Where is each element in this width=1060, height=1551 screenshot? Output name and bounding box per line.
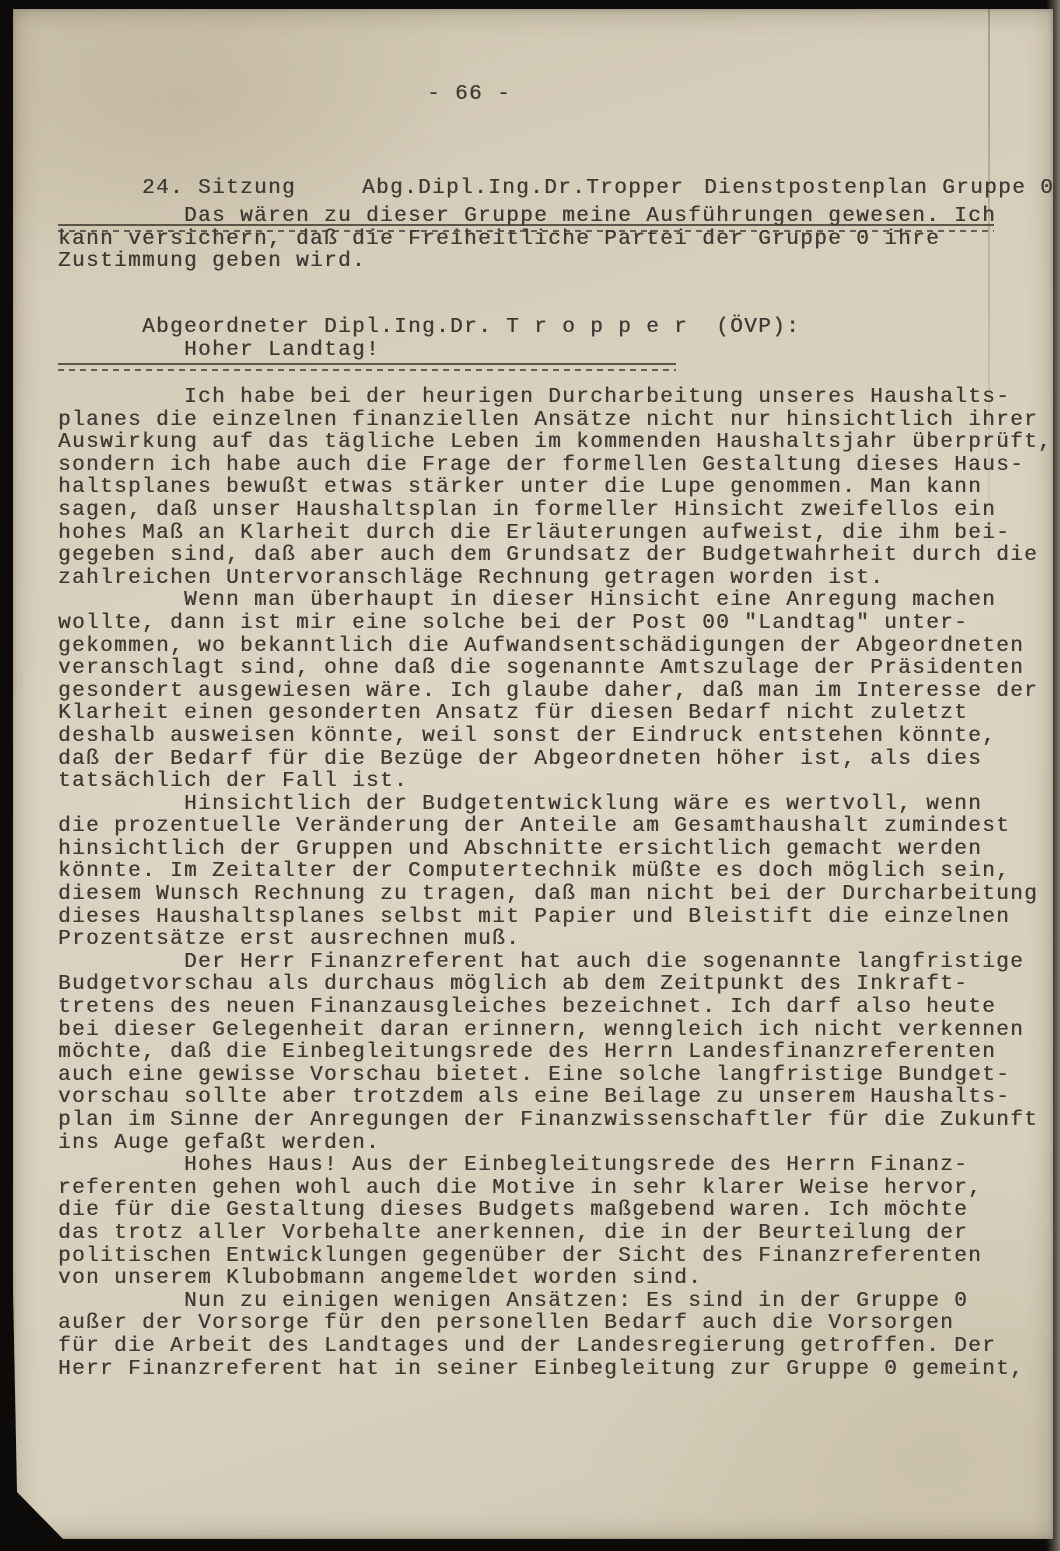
- text-line: Ich habe bei der heurigen Durcharbeitung…: [58, 387, 1052, 410]
- text-line: vorschau sollte aber trotzdem als eine B…: [58, 1087, 1052, 1110]
- text-line: Hohes Haus! Aus der Einbegleitungsrede d…: [58, 1155, 1052, 1178]
- text-line: referenten gehen wohl auch die Motive in…: [58, 1178, 1052, 1201]
- text-line: haltsplanes bewußt etwas stärker unter d…: [58, 477, 1052, 500]
- speaker-underline: [58, 363, 676, 374]
- text-line: diesem Wunsch Rechnung zu tragen, daß ma…: [58, 884, 1052, 907]
- page-number: - 66 -: [427, 84, 511, 107]
- text-line: das trotz aller Vorbehalte anerkennen, d…: [58, 1223, 1052, 1246]
- speaker-heading-text: Abgeordneter Dipl.Ing.Dr. T r o p p e r …: [142, 316, 800, 339]
- intro-paragraph: Das wären zu dieser Gruppe meine Ausführ…: [58, 206, 996, 274]
- text-line: Nun zu einigen wenigen Ansätzen: Es sind…: [58, 1291, 1052, 1314]
- text-line: die prozentuelle Veränderung der Anteile…: [58, 816, 1052, 839]
- text-line: für die Arbeit des Landtages und der Lan…: [58, 1336, 1052, 1359]
- text-line: planes die einzelnen finanziellen Ansätz…: [58, 410, 1052, 433]
- text-line: Prozentsätze erst ausrechnen muß.: [58, 929, 1052, 952]
- text-line: wollte, dann ist mir eine solche bei der…: [58, 613, 1052, 636]
- text-line: die für die Gestaltung dieses Budgets ma…: [58, 1200, 1052, 1223]
- text-line: dieses Haushaltsplanes selbst mit Papier…: [58, 907, 1052, 930]
- text-line: sondern ich habe auch die Frage der form…: [58, 455, 1052, 478]
- text-line: außer der Vorsorge für den personellen B…: [58, 1313, 1052, 1336]
- text-line: von unserem Klubobmann angemeldet worden…: [58, 1268, 1052, 1291]
- header-speaker-label: Abg.Dipl.Ing.Dr.Tropper: [362, 177, 684, 200]
- text-line: Hinsichtlich der Budgetentwicklung wäre …: [58, 794, 1052, 817]
- text-line: Budgetvorschau als durchaus möglich ab d…: [58, 974, 1052, 997]
- text-line: Zustimmung geben wird.: [58, 251, 996, 274]
- text-line: kann versichern, daß die Freiheitliche P…: [58, 229, 996, 252]
- text-line: politischen Entwicklungen gegenüber der …: [58, 1246, 1052, 1269]
- text-line: tretens des neuen Finanzausgleiches beze…: [58, 997, 1052, 1020]
- scanned-page: - 66 - 24. SitzungAbg.Dipl.Ing.Dr.Troppe…: [0, 0, 1060, 1551]
- text-line: hinsichtlich der Gruppen und Abschnitte …: [58, 839, 1052, 862]
- text-line: sagen, daß unser Haushaltsplan in formel…: [58, 500, 1052, 523]
- text-line: daß der Bedarf für die Bezüge der Abgeor…: [58, 749, 1052, 772]
- text-line: veranschlagt sind, ohne daß die sogenann…: [58, 658, 1052, 681]
- text-line: Herr Finanzreferent hat in seiner Einbeg…: [58, 1359, 1052, 1382]
- text-line: Wenn man überhaupt in dieser Hinsicht ei…: [58, 590, 1052, 613]
- text-line: Klarheit einen gesonderten Ansatz für di…: [58, 703, 1052, 726]
- paper-sheet: - 66 - 24. SitzungAbg.Dipl.Ing.Dr.Troppe…: [13, 9, 1053, 1539]
- text-line: deshalb ausweisen könnte, weil sonst der…: [58, 726, 1052, 749]
- text-line: gegeben sind, daß aber auch dem Grundsat…: [58, 545, 1052, 568]
- text-line: Der Herr Finanzreferent hat auch die sog…: [58, 952, 1052, 975]
- header-session-label: 24. Sitzung: [142, 177, 296, 200]
- text-line: hohes Maß an Klarheit durch die Erläuter…: [58, 523, 1052, 546]
- text-line: Das wären zu dieser Gruppe meine Ausführ…: [58, 206, 996, 229]
- text-line: ins Auge gefaßt werden.: [58, 1133, 1052, 1156]
- text-line: tatsächlich der Fall ist.: [58, 771, 1052, 794]
- salutation: Hoher Landtag!: [184, 340, 380, 363]
- text-line: Auswirkung auf das tägliche Leben im kom…: [58, 432, 1052, 455]
- text-line: möchte, daß die Einbegleitungsrede des H…: [58, 1042, 1052, 1065]
- text-line: auch eine gewisse Vorschau bietet. Eine …: [58, 1065, 1052, 1088]
- text-line: bei dieser Gelegenheit daran erinnern, w…: [58, 1020, 1052, 1043]
- text-line: könnte. Im Zeitalter der Computertechnik…: [58, 861, 1052, 884]
- speech-body: Ich habe bei der heurigen Durcharbeitung…: [58, 387, 1052, 1381]
- text-line: gekommen, wo bekanntlich die Aufwandsent…: [58, 636, 1052, 659]
- text-line: zahlreichen Untervoranschläge Rechnung g…: [58, 568, 1052, 591]
- text-line: gesondert ausgewiesen wäre. Ich glaube d…: [58, 681, 1052, 704]
- text-line: plan im Sinne der Anregungen der Finanzw…: [58, 1110, 1052, 1133]
- header-topic-label: Dienstpostenplan Gruppe 0: [704, 177, 1054, 200]
